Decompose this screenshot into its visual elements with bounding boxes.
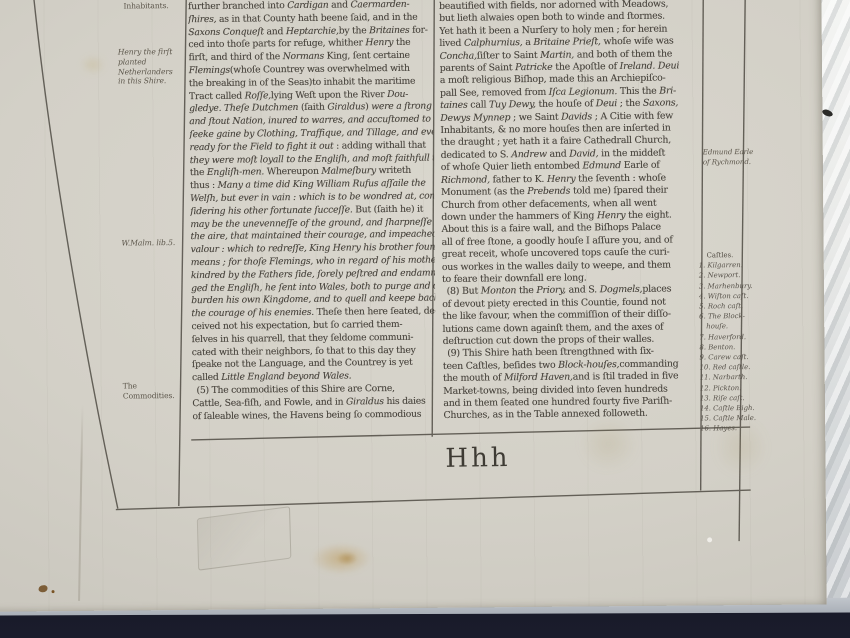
italic-text-segment: Henry <box>597 210 626 221</box>
italic-text-segment: David, <box>569 148 598 159</box>
roman-text-segment: ous workes in the walles daily to weepe,… <box>442 259 671 272</box>
photo-scene: further branched into Cardigan and Caerm… <box>0 0 850 638</box>
italic-text-segment: Henry <box>547 173 576 184</box>
roman-text-segment: father to K. <box>490 174 547 186</box>
italic-text-segment: Saxons, <box>643 98 678 109</box>
roman-text-segment: called <box>192 372 221 383</box>
roman-text-segment: But (ſaith he) it <box>352 203 423 215</box>
roman-text-segment: writeth <box>376 165 411 176</box>
left-margin-note: Inhabitants. <box>123 1 185 11</box>
roman-text-segment: a moſt religious Biſhop, made this an Ar… <box>440 73 666 86</box>
castle-list-item: 1. Kilgarren. <box>699 260 763 271</box>
italic-text-segment: Martin, <box>540 49 574 60</box>
italic-text-segment: Ireland. Deui <box>620 60 680 72</box>
roman-text-segment: thus : <box>190 180 218 191</box>
italic-text-segment: Richmond, <box>441 174 490 186</box>
stain-tan-core <box>332 548 362 568</box>
roman-text-segment: and <box>547 148 570 159</box>
italic-text-segment: the aire, that maintained their courage,… <box>190 229 436 243</box>
italic-text-segment: Britaine Prieſt, <box>533 36 600 48</box>
roman-text-segment: About this is a faire wall, and the Biſh… <box>441 222 661 235</box>
italic-text-segment: kindred by the Fathers ſide, ſorely peſt… <box>191 267 437 281</box>
roman-text-segment: ; the <box>617 98 643 109</box>
castle-list-item: 14. Caſtle Bigh. <box>700 403 764 414</box>
castle-list-item: 12. Pickton. <box>700 383 764 394</box>
roman-text-segment: (9) This Shire hath been ſtrengthned wit… <box>443 346 654 359</box>
roman-text-segment: for- <box>409 24 427 35</box>
roman-text-segment: the Apoſtle of <box>552 61 619 73</box>
italic-text-segment: gledye. Theſe Dutchmen <box>189 102 298 114</box>
castle-list-item: 5. Roch caſt. <box>699 301 763 312</box>
roman-text-segment: the eight. <box>625 209 671 220</box>
roman-text-segment: further branched into <box>188 0 287 12</box>
castles-title: Caſtles. <box>699 250 763 261</box>
italic-text-segment: Malmeſbury <box>321 166 376 178</box>
roman-text-segment: his daies <box>384 395 426 406</box>
italic-text-segment: Dogmels, <box>600 284 643 295</box>
italic-text-segment: may be the unevenneſſe of the ground, an… <box>190 216 436 230</box>
roman-text-segment: (5) The commodities of this Shire are Co… <box>192 383 395 396</box>
roman-text-segment: and <box>264 26 286 37</box>
italic-text-segment: Little England beyond Wales. <box>221 371 351 383</box>
roman-text-segment: places <box>642 284 671 295</box>
italic-text-segment: burden his own Kingdome, and to quell an… <box>191 293 437 307</box>
left-text-column: further branched into Cardigan and Caerm… <box>188 0 437 437</box>
italic-text-segment: Davids <box>561 111 592 122</box>
roman-text-segment: and <box>328 0 350 11</box>
roman-text-segment: (8) But <box>442 286 481 297</box>
roman-text-segment: lived <box>439 38 464 49</box>
italic-text-segment: Deui <box>596 98 617 109</box>
italic-text-segment: Andrew <box>511 149 547 160</box>
roman-text-segment: firſt, and third of the <box>188 51 282 63</box>
roman-text-segment: by the <box>339 25 370 36</box>
roman-text-segment: and is ſtil traded in five <box>573 371 679 383</box>
italic-text-segment: ready for the Field to fight it out <box>189 140 333 153</box>
roman-text-segment: of devout piety erected in this Countie,… <box>442 296 666 309</box>
roman-text-segment: in the middeſt <box>598 147 665 159</box>
roman-text-segment: ced into thoſe parts for refuge, whither <box>188 38 365 51</box>
roman-text-segment: the like favour, when the commiſſion of … <box>442 309 671 322</box>
italic-text-segment: Cardigan <box>287 0 328 11</box>
roman-text-segment: Monument (as the <box>441 186 527 198</box>
roman-text-segment: Tract called <box>189 90 245 102</box>
castle-list-item: 15. Caſtle Male. <box>700 413 764 424</box>
italic-text-segment: Tuy Dewy, <box>489 99 536 111</box>
italic-text-segment: ſeeke gaine by Clothing, Traffique, and … <box>189 126 436 140</box>
italic-text-segment: Monton <box>481 286 517 297</box>
margin-note-edmund-earle: Edmund Earle of Rychmond. <box>703 147 761 167</box>
roman-text-segment: Earle of <box>621 160 660 171</box>
italic-text-segment: Giraldus <box>346 396 384 407</box>
roman-text-segment: and in them ſeated one hundred fourty fi… <box>443 395 672 408</box>
castle-list-item: 2. Newport. <box>699 270 763 281</box>
roman-text-segment: told me) ſpared their <box>570 185 668 197</box>
italic-text-segment: Henry <box>365 37 393 48</box>
roman-text-segment: and S. <box>566 285 600 296</box>
roman-text-segment: beautified with fields, nor adorned with… <box>439 0 668 12</box>
white-dot <box>707 537 712 542</box>
roman-text-segment: Cattle, Sea-fiſh, and Fowle, and in <box>192 396 346 409</box>
left-margin-note: The Commodities. <box>123 381 179 401</box>
text-line: Churches, as in the Table annexed follow… <box>443 408 703 423</box>
italic-text-segment: Britaines <box>369 24 409 35</box>
italic-text-segment: Priory, <box>536 285 566 296</box>
roman-text-segment: the mouth of <box>443 372 504 384</box>
italic-text-segment: Engliſh-men. <box>207 167 264 179</box>
roman-text-segment: ; A Citie with few <box>592 110 673 122</box>
italic-text-segment: Patricke <box>515 62 553 73</box>
roman-text-segment: ; we Saint <box>510 111 561 123</box>
roman-text-segment: deſtruction cut down the props of their … <box>443 334 655 347</box>
italic-text-segment: Saxons Conqueſt <box>188 26 264 38</box>
italic-text-segment: valour : which to redreſſe, King Henry h… <box>191 242 437 256</box>
left-margin-note: W.Malm. lib.5. <box>121 238 191 248</box>
roman-text-segment: parents of Saint <box>440 62 515 74</box>
italic-text-segment: Giraldus <box>327 102 365 113</box>
roman-text-segment: great receit, whoſe uncovered tops cauſe… <box>442 247 670 260</box>
italic-text-segment: Dewys Mynnep <box>440 112 510 124</box>
italic-text-segment: Caermarden- <box>350 0 409 10</box>
stain-tan <box>299 536 383 581</box>
roman-text-segment: King, ſent certaine <box>324 50 410 62</box>
castle-list-item: 11. Narbarth. <box>700 372 764 383</box>
roman-text-segment: (ſaith <box>298 102 327 113</box>
roman-text-segment: of whoſe Quier lieth entombed <box>441 161 583 174</box>
roman-text-segment: cated with their neighbors, ſo that to t… <box>192 344 416 357</box>
left-margin-note: Henry the firſt planted Netherlanders in… <box>118 47 182 87</box>
italic-text-segment: Normans <box>283 51 324 62</box>
italic-text-segment: Block-houſes, <box>558 359 619 371</box>
roman-text-segment: to feare their downfall ere long. <box>442 272 587 285</box>
italic-text-segment: Welſh, but ever in vain : which is to be… <box>190 190 437 204</box>
roman-text-segment: the houſe of <box>536 99 596 111</box>
roman-text-segment: Inhabitants, & no more houſes then are i… <box>440 123 670 136</box>
paper-crease <box>78 405 83 601</box>
signature-mark: Hhh <box>445 443 511 474</box>
italic-text-segment: Bri- <box>659 85 676 96</box>
roman-text-segment: dedicated to S. <box>441 149 512 161</box>
roman-text-segment: the <box>190 167 207 178</box>
italic-text-segment: were a ſtrong <box>371 101 432 113</box>
book-page: further branched into Cardigan and Caerm… <box>0 0 827 612</box>
italic-text-segment: and ſtout Nation, inured to warres, and … <box>189 114 431 128</box>
castle-list-item: 4. Wiſton caſt. <box>699 291 763 302</box>
text-line: of ſaleable wines, the Havens being ſo c… <box>192 408 436 423</box>
castle-list-item: 6. The Block-houſe. <box>699 311 763 332</box>
brown-fleck-small <box>52 590 55 593</box>
italic-text-segment: Edmund <box>582 160 621 171</box>
roman-text-segment: call <box>467 100 489 111</box>
foxing-spot <box>80 55 106 75</box>
roman-text-segment: but lieth alwaies open both to winde and… <box>439 11 665 24</box>
roman-text-segment: Market-towns, being divided into ſeven h… <box>443 383 668 396</box>
roman-text-segment: the draught ; yet hath it a faire Cathed… <box>440 135 671 148</box>
roman-text-segment: This the <box>617 85 659 96</box>
bottom-frame-rule <box>116 490 751 510</box>
italic-text-segment: the courage of his enemies. <box>191 307 314 319</box>
castles-items: 1. Kilgarren.2. Newport.3. Marhenbury.4.… <box>699 260 765 434</box>
faded-stamp-ghost <box>197 506 292 571</box>
castle-list-item: 8. Benton. <box>699 342 763 353</box>
roman-text-segment: the breaking in of the Seas)to inhabit t… <box>189 75 415 88</box>
italic-text-segment: means ; for thoſe Flemings, who in regar… <box>191 254 437 268</box>
italic-text-segment: Iſca Legionum. <box>549 86 617 98</box>
roman-text-segment: Church from other defacements, when all … <box>441 197 656 210</box>
roman-text-segment: ceived not his expectation, but ſo carri… <box>191 319 402 332</box>
roman-text-segment: ſelves in his quarrell, that they ſeldom… <box>192 331 414 344</box>
roman-text-segment: lying Weſt upon the River <box>271 89 387 101</box>
italic-text-segment: ged the Engliſh, he ſent into Wales, bot… <box>191 280 437 294</box>
castle-list-item: 7. Haverford. <box>699 332 763 343</box>
roman-text-segment: commanding <box>619 358 678 370</box>
roman-text-segment: as in that County hath beene ſaid, and i… <box>216 11 417 24</box>
roman-text-segment: the <box>393 37 410 48</box>
italic-text-segment: taines <box>440 100 468 111</box>
castle-list-item: 10. Red caſtle. <box>700 362 764 373</box>
italic-text-segment: they were moſt loyall to the Engliſh, an… <box>190 152 437 166</box>
roman-text-segment: whoſe wife was <box>601 36 674 48</box>
roman-text-segment: (whoſe Countrey was overwhelmed with <box>230 63 410 76</box>
roman-text-segment: Churches, as in the Table annexed follow… <box>443 408 647 421</box>
italic-text-segment: Calphurnius, <box>464 37 523 49</box>
italic-text-segment: Heptarchie, <box>286 25 339 37</box>
italic-text-segment: Many a time did King William Rufus aſſai… <box>218 178 426 191</box>
roman-text-segment: of ſaleable wines, the Havens being ſo c… <box>192 408 421 421</box>
italic-text-segment: Prebends <box>527 186 570 197</box>
italic-text-segment: Roſſe, <box>245 90 271 101</box>
italic-text-segment: Flemings <box>189 65 230 76</box>
italic-text-segment: ſhires, <box>188 14 216 25</box>
castles-margin-list: Caſtles. 1. Kilgarren.2. Newport.3. Marh… <box>699 250 765 434</box>
roman-text-segment: Theſe then here ſeated, de- <box>314 306 437 318</box>
roman-text-segment: pall See, removed from <box>440 87 549 99</box>
castle-list-item: 9. Carew caſt. <box>699 352 763 363</box>
roman-text-segment: the <box>516 285 536 296</box>
roman-text-segment: teen Caſtles, beſides two <box>443 360 558 372</box>
italic-text-segment: Dou- <box>387 88 408 99</box>
roman-text-segment: the ſeventh : whoſe <box>575 172 666 184</box>
roman-text-segment: : adding withall that <box>333 139 426 151</box>
castle-list-item: 16. Hayes. <box>700 423 764 434</box>
castle-list-item: 13. Riſe caſt. <box>700 393 764 404</box>
left-outer-rule <box>33 0 117 509</box>
roman-text-segment: all of free ſtone, a goodly houſe I aſſu… <box>441 234 672 247</box>
roman-text-segment: a <box>522 37 533 48</box>
roman-text-segment: and both of them the <box>574 48 672 60</box>
roman-text-segment: ſpeake not the Language, and the Countre… <box>192 357 413 370</box>
roman-text-segment: down under the hammers of King <box>441 210 597 223</box>
roman-text-segment: Whereupon <box>264 166 321 178</box>
right-text-column: beautified with fields, nor adorned with… <box>439 0 704 441</box>
italic-text-segment: Milford Haven, <box>504 372 573 384</box>
castle-list-item: 3. Marhenbury. <box>699 281 763 292</box>
roman-text-segment: Yet hath it been a Nurſery to holy men ;… <box>439 23 667 36</box>
roman-text-segment: lutions came down againſt them, and the … <box>442 321 663 334</box>
roman-text-segment: ſiſter to Saint <box>477 50 541 62</box>
italic-text-segment: Concha, <box>439 50 476 61</box>
brown-fleck <box>38 585 47 592</box>
italic-text-segment: ſidering his other fortunate ſucceſſe. <box>190 204 352 217</box>
